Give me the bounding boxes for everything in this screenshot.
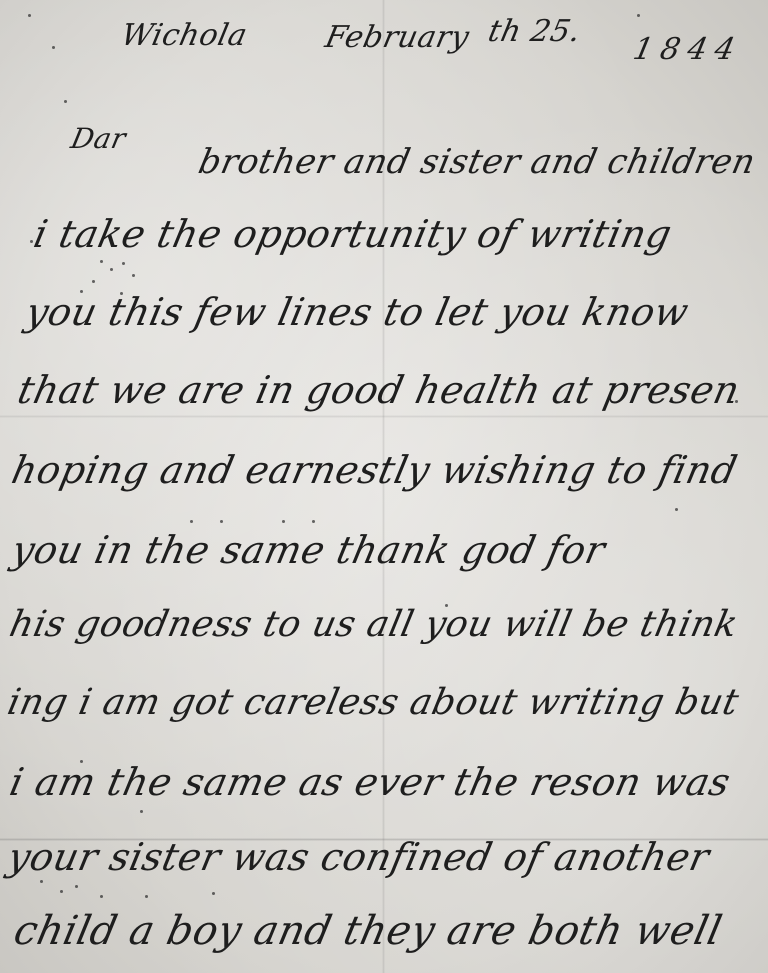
letter-line: i take the opportunity of writing — [30, 212, 676, 256]
paper-speck — [675, 508, 678, 511]
paper-speck — [92, 280, 95, 283]
paper-speck — [312, 520, 315, 523]
letter-day: th 25. — [485, 14, 584, 49]
letter-year: 1844 — [630, 32, 746, 67]
paper-speck — [64, 100, 67, 103]
paper-speck — [75, 885, 78, 888]
letter-line: his goodness to us all you will be think — [6, 604, 742, 645]
letter-line: you in the same thank god for — [8, 528, 609, 572]
letter-line: hoping and earnestly wishing to find — [8, 448, 741, 492]
letter-line: your sister was confined of another — [4, 835, 713, 879]
letter-line: you this few lines to let you know — [22, 290, 693, 334]
paper-speck — [52, 46, 55, 49]
paper-speck — [637, 14, 640, 17]
paper-speck — [282, 520, 285, 523]
paper-speck — [190, 520, 193, 523]
paper-speck — [100, 260, 103, 263]
letter-line: brother and sister and children — [195, 142, 759, 182]
letter-line: i am the same as ever the reson was — [6, 760, 734, 804]
paper-speck — [132, 274, 135, 277]
letter-page: Wichola February th 25. 1844 Dar brother… — [0, 0, 768, 973]
paper-speck — [212, 892, 215, 895]
paper-speck — [110, 268, 113, 271]
letter-line: ing i am got careless about writing but — [4, 682, 743, 723]
paper-speck — [145, 895, 148, 898]
paper-speck — [100, 895, 103, 898]
letter-salutation: Dar — [68, 122, 129, 155]
letter-line: that we are in good health at presen — [14, 368, 744, 412]
paper-speck — [60, 890, 63, 893]
paper-speck — [28, 14, 31, 17]
paper-speck — [220, 520, 223, 523]
letter-line: child a boy and they are both well — [10, 908, 726, 954]
paper-speck — [122, 262, 125, 265]
paper-speck — [140, 810, 143, 813]
paper-speck — [40, 880, 43, 883]
letter-place: Wichola — [118, 18, 251, 53]
letter-month: February — [322, 20, 472, 55]
